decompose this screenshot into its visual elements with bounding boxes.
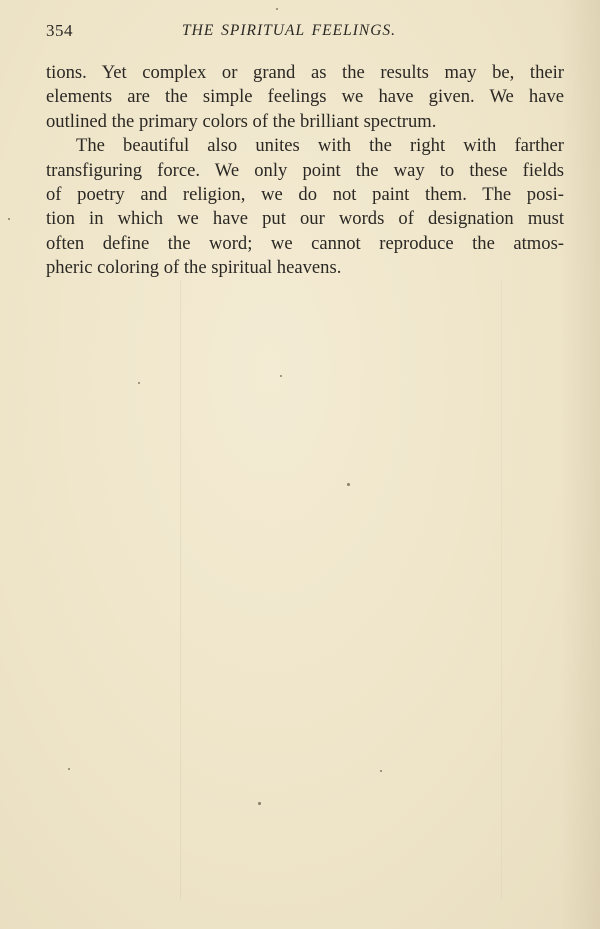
paper-speck [138,382,140,384]
running-head: 354 THE SPIRITUAL FEELINGS. [46,19,562,43]
show-through-bleed [180,280,502,900]
paper-speck [258,802,261,805]
text-line: often define the word; we cannot reprodu… [46,232,564,256]
paper-speck [347,483,350,486]
paper-speck [8,218,10,220]
paragraph-2: The beautiful also unites with the right… [46,134,564,280]
paper-speck [380,770,382,772]
text-line: transfiguring force. We only point the w… [46,159,564,183]
paper-speck [276,8,278,10]
text-line: The beautiful also unites with the right… [46,134,564,158]
text-line: tions. Yet complex or grand as the resul… [46,61,564,85]
page-number: 354 [46,19,73,43]
text-line: of poetry and religion, we do not paint … [46,183,564,207]
paragraph-1: tions. Yet complex or grand as the resul… [46,61,564,134]
running-title: THE SPIRITUAL FEELINGS. [182,19,396,43]
paper-speck [68,768,70,770]
paper-speck [280,375,282,377]
text-line: tion in which we have put our words of d… [46,207,564,231]
text-line: elements are the simple feelings we have… [46,85,564,109]
book-page: 354 THE SPIRITUAL FEELINGS. tions. Yet c… [0,0,600,929]
body-text: tions. Yet complex or grand as the resul… [46,61,564,281]
text-line: outlined the primary colors of the brill… [46,110,564,134]
text-line: pheric coloring of the spiritual heavens… [46,256,564,280]
